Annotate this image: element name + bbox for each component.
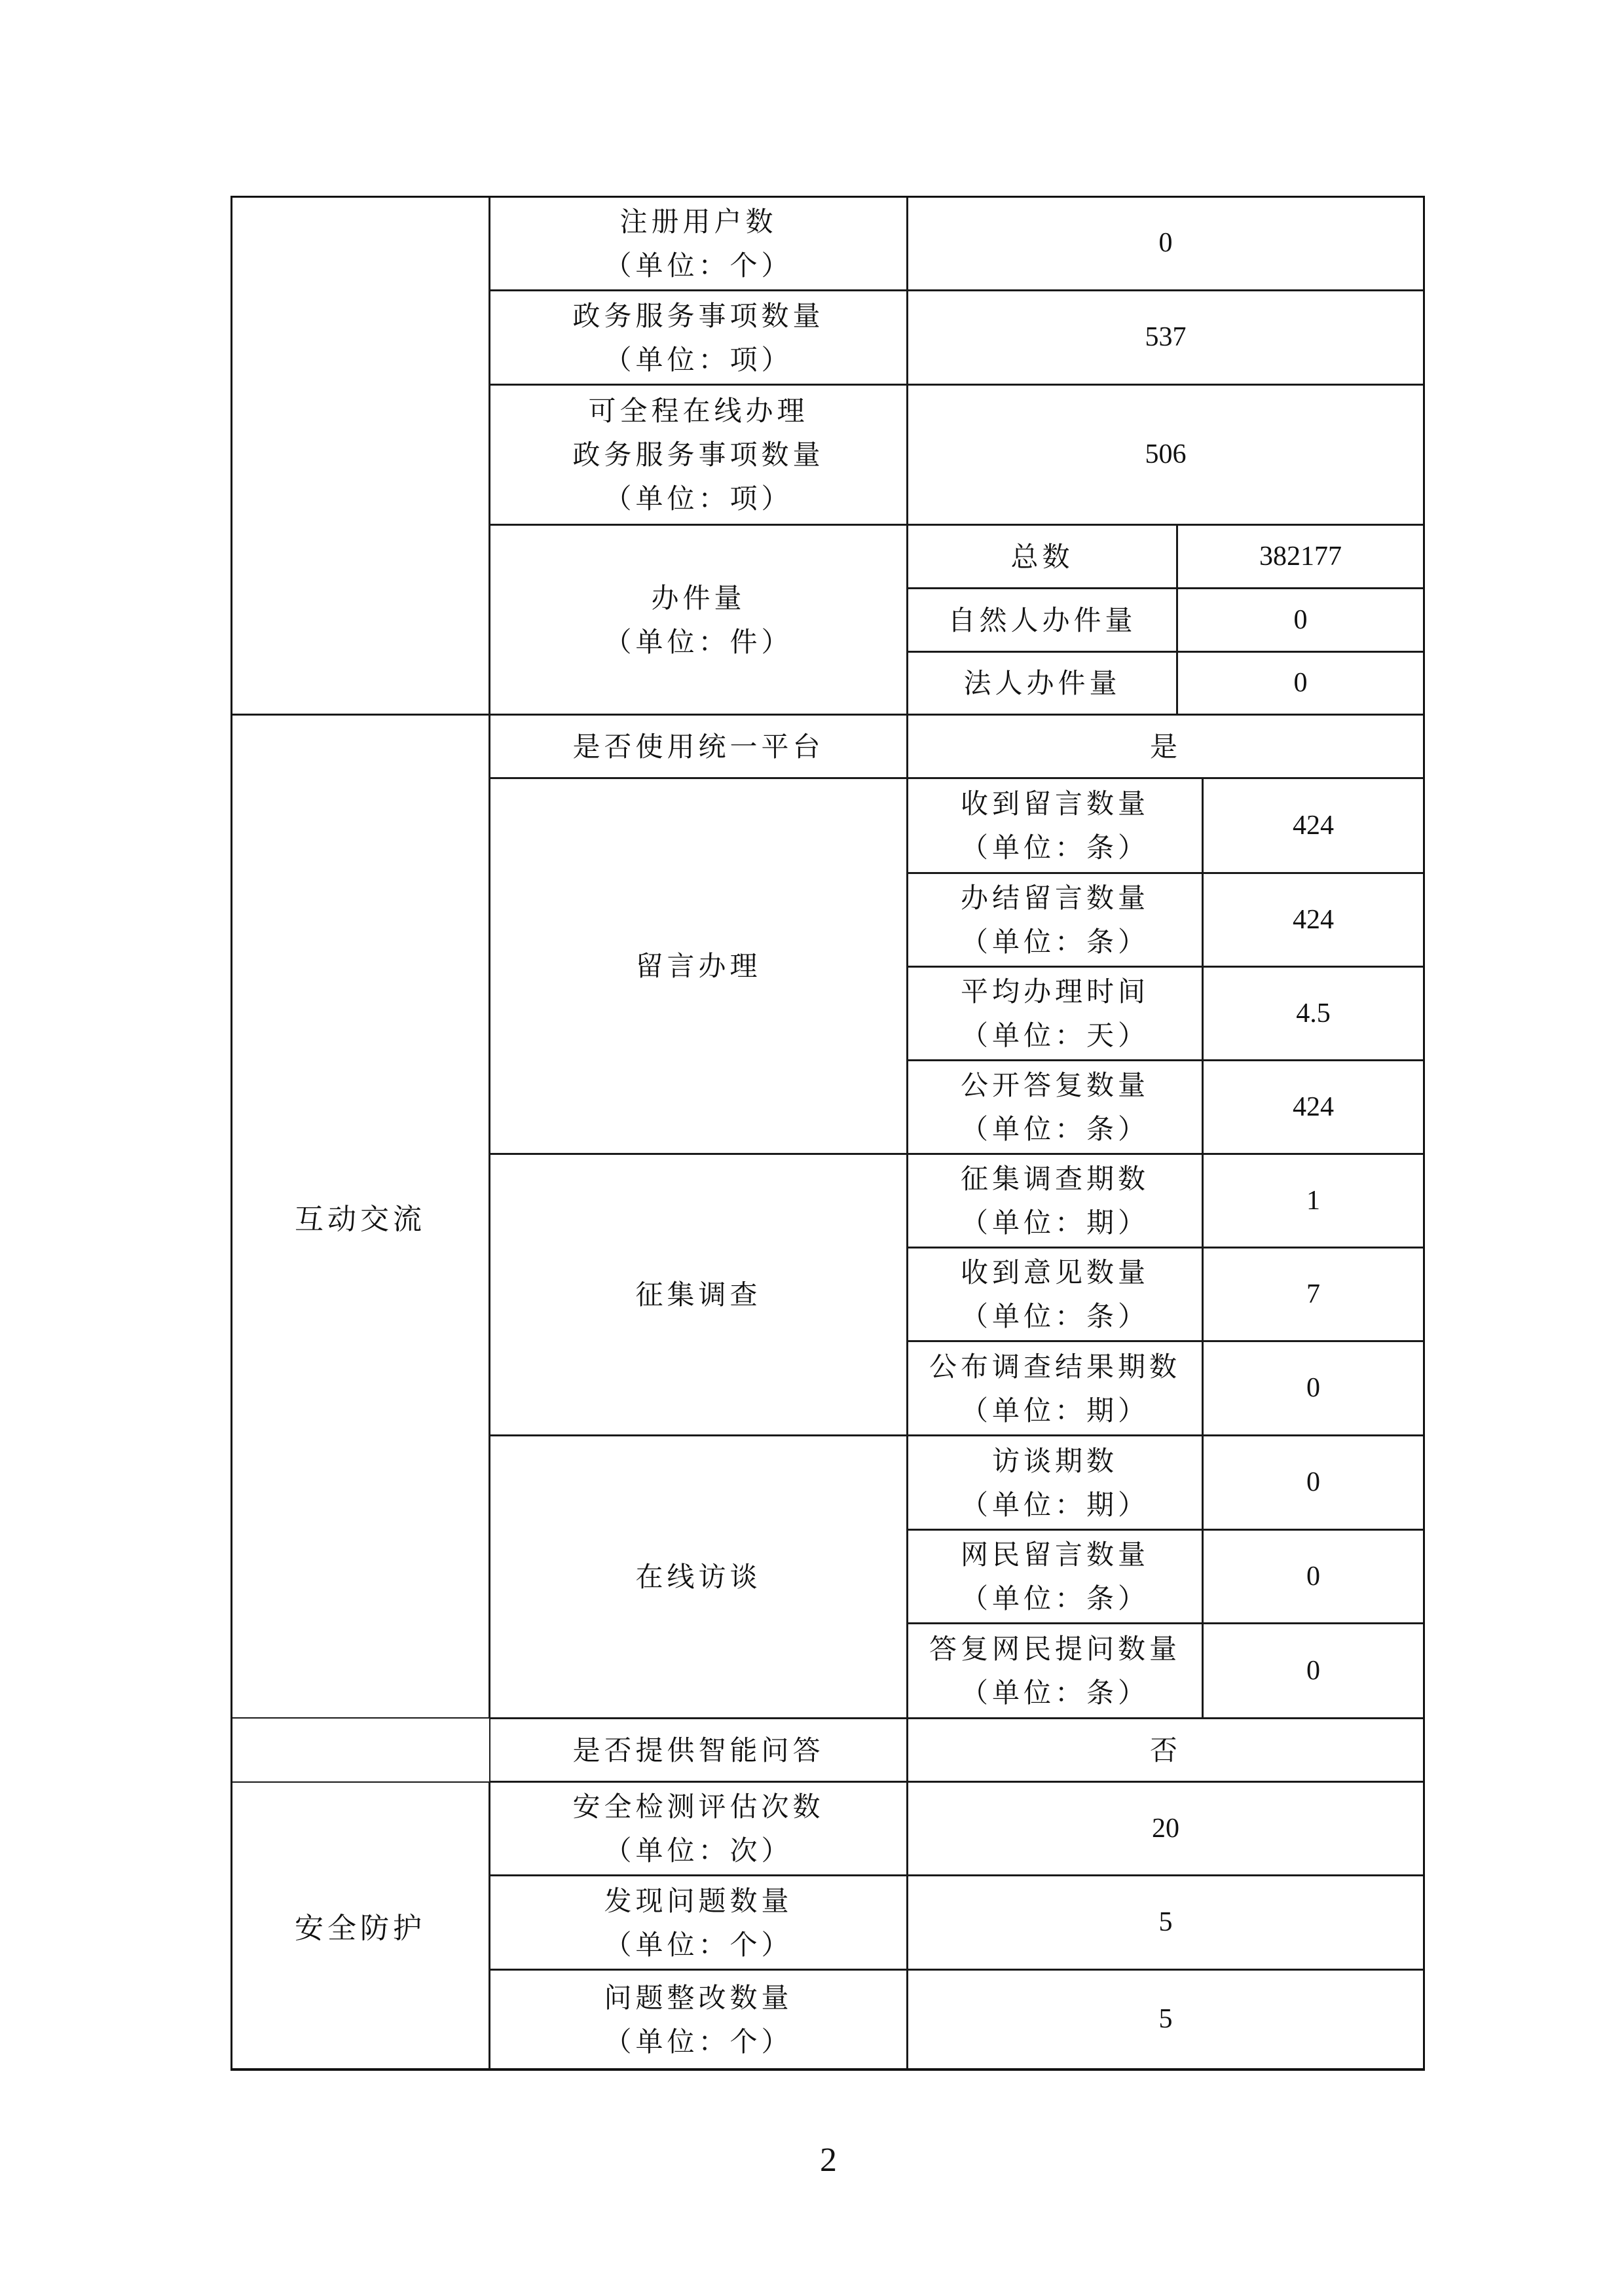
label-line: 办件量 (651, 576, 745, 620)
label-line: 访谈期数 (992, 1439, 1118, 1483)
label-cell-online-interview: 在线访谈 (489, 1435, 908, 1719)
sublabel-cell-public-replies: 公开答复数量 （单位：条） (907, 1060, 1203, 1154)
label-line: 收到意见数量 (961, 1250, 1149, 1294)
group-cell-service (231, 196, 490, 715)
unit-line: （单位：条） (961, 920, 1149, 964)
value-cell-registered-users: 0 (907, 196, 1424, 291)
label-cell-issues-fixed: 问题整改数量 （单位：个） (489, 1969, 908, 2069)
group-label: 安全防护 (295, 1904, 426, 1946)
label-line: 政务服务事项数量 (572, 433, 824, 477)
label-cell-unified-platform: 是否使用统一平台 (489, 714, 908, 778)
value-cell-service-items: 537 (907, 290, 1424, 385)
unit-line: （单位：条） (961, 1576, 1149, 1620)
value: 0 (1306, 1555, 1320, 1599)
value-cell-netizen-questions-answered: 0 (1202, 1623, 1424, 1719)
label-line: 问题整改数量 (604, 1976, 792, 2020)
sublabel-cell-interview-periods: 访谈期数 （单位：期） (907, 1435, 1203, 1530)
sublabel-cell-average-handling-time: 平均办理时间 （单位：天） (907, 966, 1203, 1061)
value-cell-interview-periods: 0 (1202, 1435, 1424, 1530)
label-line: 自然人办件量 (948, 598, 1136, 642)
value: 5 (1159, 1901, 1173, 1944)
unit-line: （单位：个） (604, 244, 792, 287)
unit-line: （单位：个） (604, 2020, 792, 2064)
sublabel-cell-survey-periods: 征集调查期数 （单位：期） (907, 1154, 1203, 1248)
value-cell-smart-qa: 否 (907, 1718, 1424, 1782)
label-line: 公开答复数量 (961, 1063, 1149, 1107)
sublabel-cell-messages-closed: 办结留言数量 （单位：条） (907, 873, 1203, 967)
value: 424 (1293, 1085, 1334, 1129)
unit-line: （单位：期） (961, 1389, 1149, 1432)
value: 7 (1306, 1273, 1320, 1317)
label-line: 答复网民提问数量 (929, 1627, 1181, 1671)
value-cell-caseload-natural-person: 0 (1177, 588, 1424, 652)
value: 506 (1145, 433, 1187, 477)
value-cell-online-service-items: 506 (907, 384, 1424, 525)
label-cell-caseload: 办件量 （单位：件） (489, 524, 908, 715)
value-cell-survey-results-published: 0 (1202, 1341, 1424, 1436)
unit-line: （单位：条） (961, 826, 1149, 869)
value: 20 (1152, 1807, 1179, 1851)
label-cell-smart-qa: 是否提供智能问答 (489, 1718, 908, 1782)
value: 537 (1145, 316, 1187, 359)
label-line: 在线访谈 (635, 1555, 761, 1599)
unit-line: （单位：个） (604, 1923, 792, 1967)
label-line: 安全检测评估次数 (572, 1785, 824, 1829)
unit-line: （单位：条） (961, 1294, 1149, 1338)
label-cell-issues-found: 发现问题数量 （单位：个） (489, 1875, 908, 1970)
label-cell-online-service-items: 可全程在线办理 政务服务事项数量 （单位：项） (489, 384, 908, 525)
value: 4.5 (1296, 992, 1331, 1036)
label-line: 总数 (1010, 535, 1073, 579)
label-line: 征集调查 (635, 1273, 761, 1317)
value: 0 (1294, 598, 1308, 642)
value: 否 (1150, 1728, 1181, 1772)
unit-line: （单位：项） (604, 338, 792, 382)
value-cell-survey-periods: 1 (1202, 1154, 1424, 1248)
value: 0 (1306, 1649, 1320, 1693)
sublabel-cell-caseload-total: 总数 (907, 524, 1177, 589)
value-cell-issues-found: 5 (907, 1875, 1424, 1970)
sublabel-cell-caseload-natural-person: 自然人办件量 (907, 588, 1177, 652)
label-line: 是否使用统一平台 (572, 725, 824, 769)
value: 424 (1293, 804, 1334, 848)
value: 0 (1159, 221, 1173, 265)
sublabel-cell-netizen-messages: 网民留言数量 （单位：条） (907, 1529, 1203, 1624)
value: 0 (1306, 1461, 1320, 1504)
label-line: 注册用户数 (619, 200, 777, 244)
value-cell-messages-received: 424 (1202, 778, 1424, 873)
sublabel-cell-opinions-received: 收到意见数量 （单位：条） (907, 1247, 1203, 1341)
value-cell-messages-closed: 424 (1202, 873, 1424, 967)
label-cell-registered-users: 注册用户数 （单位：个） (489, 196, 908, 291)
sublabel-cell-netizen-questions-answered: 答复网民提问数量 （单位：条） (907, 1623, 1203, 1719)
page-number: 2 (812, 2141, 845, 2179)
label-line: 是否提供智能问答 (572, 1728, 824, 1772)
value-cell-opinions-received: 7 (1202, 1247, 1424, 1341)
label-line: 网民留言数量 (961, 1533, 1149, 1576)
unit-line: （单位：次） (604, 1829, 792, 1872)
document-page: 注册用户数 （单位：个） 0 政务服务事项数量 （单位：项） 537 可全程在线… (0, 0, 1624, 2296)
label-cell-security-assessments: 安全检测评估次数 （单位：次） (489, 1781, 908, 1876)
label-line: 公布调查结果期数 (929, 1345, 1181, 1389)
value: 0 (1294, 661, 1308, 705)
sublabel-cell-messages-received: 收到留言数量 （单位：条） (907, 778, 1203, 873)
sublabel-cell-survey-results-published: 公布调查结果期数 （单位：期） (907, 1341, 1203, 1436)
value-cell-security-assessments: 20 (907, 1781, 1424, 1876)
label-line: 办结留言数量 (961, 876, 1149, 920)
value: 是 (1150, 725, 1181, 769)
value: 1 (1306, 1179, 1320, 1223)
value-cell-average-handling-time: 4.5 (1202, 966, 1424, 1061)
unit-line: （单位：期） (961, 1483, 1149, 1527)
value: 424 (1293, 898, 1334, 942)
value: 382177 (1259, 535, 1342, 579)
label-cell-service-items: 政务服务事项数量 （单位：项） (489, 290, 908, 385)
label-line: 收到留言数量 (961, 782, 1149, 826)
unit-line: （单位：件） (604, 620, 792, 664)
unit-line: （单位：期） (961, 1201, 1149, 1245)
value-cell-caseload-total: 382177 (1177, 524, 1424, 589)
label-line: 法人办件量 (963, 661, 1120, 705)
unit-line: （单位：条） (961, 1671, 1149, 1715)
value: 0 (1306, 1366, 1320, 1410)
group-label: 互动交流 (295, 1195, 426, 1237)
unit-line: （单位：条） (961, 1107, 1149, 1151)
sublabel-cell-caseload-legal-person: 法人办件量 (907, 651, 1177, 715)
label-line: 征集调查期数 (961, 1157, 1149, 1201)
value-cell-caseload-legal-person: 0 (1177, 651, 1424, 715)
label-line: 政务服务事项数量 (572, 294, 824, 338)
label-line: 留言办理 (635, 944, 761, 988)
value-cell-netizen-messages: 0 (1202, 1529, 1424, 1624)
group-cell-security: 安全防护 (231, 1781, 490, 2069)
value-cell-issues-fixed: 5 (907, 1969, 1424, 2069)
label-line: 发现问题数量 (604, 1879, 792, 1923)
label-cell-message-handling: 留言办理 (489, 778, 908, 1154)
value-cell-unified-platform: 是 (907, 714, 1424, 778)
label-line: 可全程在线办理 (588, 389, 808, 433)
unit-line: （单位：天） (961, 1013, 1149, 1057)
label-line: 平均办理时间 (961, 970, 1149, 1013)
value: 5 (1159, 1997, 1173, 2041)
label-cell-survey: 征集调查 (489, 1154, 908, 1436)
unit-line: （单位：项） (604, 477, 792, 520)
value-cell-public-replies: 424 (1202, 1060, 1424, 1154)
group-cell-interaction: 互动交流 (231, 714, 490, 1719)
